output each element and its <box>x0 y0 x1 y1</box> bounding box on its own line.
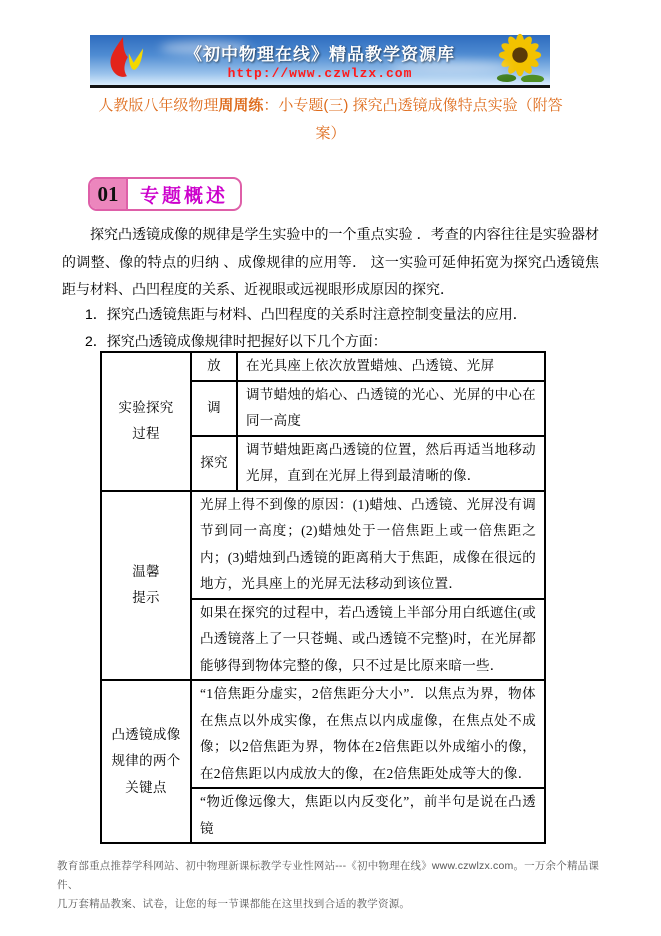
title-segment-bold: 周周练 <box>218 97 263 114</box>
title-segment: ：小专题(三) 探究凸透镜成像特点实验（附答 <box>263 97 562 114</box>
desc-cell: 如果在探究的过程中，若凸透镜上半部分用白纸遮住(或凸透镜落上了一只苍蝇、或凸透镜… <box>191 599 545 681</box>
summary-table: 实验探究 过程 放 在光具座上依次放置蜡烛、凸透镜、光屏 调 调节蜡烛的焰心、凸… <box>100 351 546 844</box>
row-group-header-tips: 温馨 提示 <box>101 491 191 681</box>
footer-line-1: 教育部重点推荐学科网站、初中物理新课标教学专业性网站---《初中物理在线》www… <box>57 857 611 895</box>
site-logo-icon <box>102 34 146 87</box>
site-banner: 《初中物理在线》精品教学资源库 http://www.czwlzx.com <box>90 35 550 88</box>
row-group-header-process: 实验探究 过程 <box>101 352 191 491</box>
title-segment: 案） <box>315 125 345 142</box>
table-row: 凸透镜成像 规律的两个 关键点 “1倍焦距分虚实，2倍焦距分大小”．以焦点为界，… <box>101 680 545 788</box>
step-cell: 放 <box>191 352 237 381</box>
section-badge: 01 专题概述 <box>88 177 242 211</box>
desc-cell: “1倍焦距分虚实，2倍焦距分大小”．以焦点为界，物体在焦点以外成实像，在焦点以内… <box>191 680 545 788</box>
desc-cell: “物近像远像大，焦距以内反变化”，前半句是说在凸透镜 <box>191 788 545 843</box>
table-row: 温馨 提示 光屏上得不到像的原因：(1)蜡烛、凸透镜、光屏没有调节到同一高度；(… <box>101 491 545 599</box>
row-group-header-keypoints: 凸透镜成像 规律的两个 关键点 <box>101 680 191 843</box>
title-segment: 人教版八年级物理 <box>98 97 218 114</box>
paragraph-point-2: 2．探究凸透镜成像规律时把握好以下几个方面： <box>85 331 387 351</box>
document-page: 《初中物理在线》精品教学资源库 http://www.czwlzx.com <box>0 0 661 936</box>
section-number-label: 01 <box>90 179 128 209</box>
sunflower-icon <box>494 32 546 87</box>
desc-cell: 在光具座上依次放置蜡烛、凸透镜、光屏 <box>237 352 545 381</box>
desc-cell: 调节蜡烛距离凸透镜的位置，然后再适当地移动光屏，直到在光屏上得到最清晰的像． <box>237 436 545 491</box>
paragraph-point-1: 1．探究凸透镜焦距与材料、凸凹程度的关系时注意控制变量法的应用． <box>85 304 527 324</box>
banner-title: 《初中物理在线》精品教学资源库 <box>146 40 494 65</box>
step-cell: 探究 <box>191 436 237 491</box>
step-cell: 调 <box>191 381 237 436</box>
table-row: 实验探究 过程 放 在光具座上依次放置蜡烛、凸透镜、光屏 <box>101 352 545 381</box>
desc-cell: 光屏上得不到像的原因：(1)蜡烛、凸透镜、光屏没有调节到同一高度；(2)蜡烛处于… <box>191 491 545 599</box>
section-title-label: 专题概述 <box>128 179 240 209</box>
document-title: 人教版八年级物理周周练：小专题(三) 探究凸透镜成像特点实验（附答案） <box>55 92 606 148</box>
paragraph-intro: 探究凸透镜成像的规律是学生实验中的一个重点实验 ．考查的内容往往是实验器材的调整… <box>62 221 599 304</box>
desc-cell: 调节蜡烛的焰心、凸透镜的光心、光屏的中心在同一高度 <box>237 381 545 436</box>
footer-note: 教育部重点推荐学科网站、初中物理新课标教学专业性网站---《初中物理在线》www… <box>57 857 611 914</box>
banner-url-link[interactable]: http://www.czwlzx.com <box>146 66 494 81</box>
footer-line-2: 几万套精品教案、试卷，让您的每一节课都能在这里找到合适的教学资源。 <box>57 895 611 914</box>
